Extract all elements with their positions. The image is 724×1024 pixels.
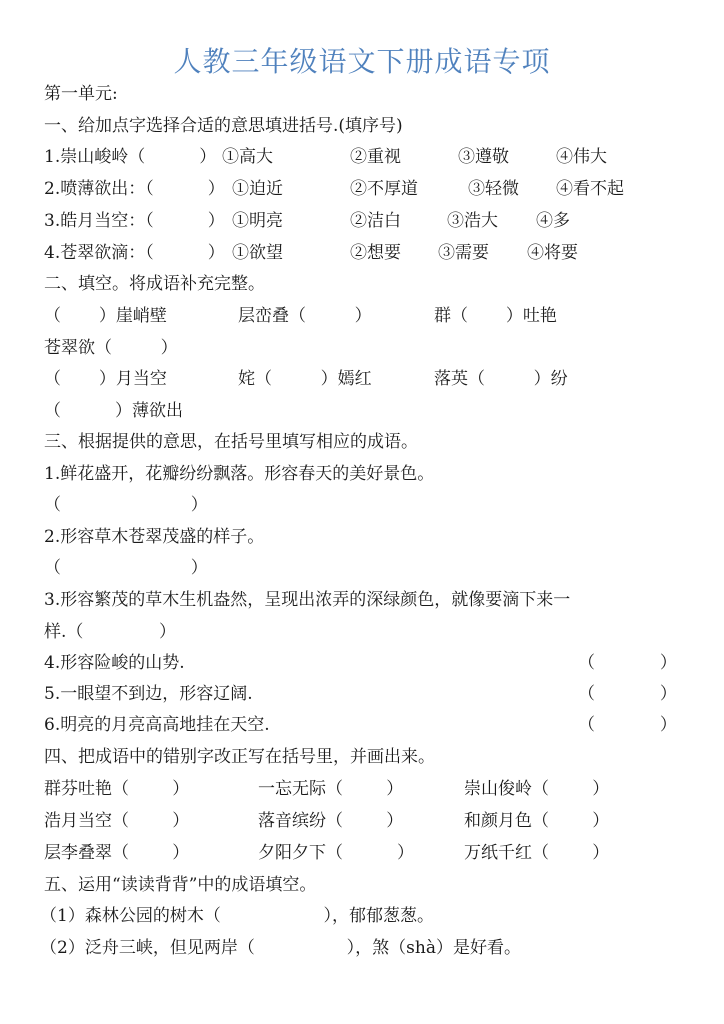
s1-option: ④将要 — [527, 241, 578, 265]
s1-option: ②不厚道 — [350, 177, 418, 201]
s1-option: ①欲望 — [232, 241, 283, 265]
s4-item: 夕阳夕下（ ） — [258, 841, 414, 865]
s1-option: ④多 — [536, 209, 570, 233]
s4-item: 崇山俊岭（ ） — [464, 777, 609, 801]
section3-heading: 三、根据提供的意思，在括号里填写相应的成语。 — [44, 430, 418, 454]
section2-heading: 二、填空。将成语补充完整。 — [44, 272, 265, 296]
s4-item: 一忘无际（ ） — [258, 777, 403, 801]
s1-option: ②重视 — [350, 145, 401, 169]
s1-option: ④伟大 — [556, 145, 607, 169]
s3-question: 6.明亮的月亮高高地挂在天空. — [44, 713, 270, 737]
s1-option: ③需要 — [438, 241, 489, 265]
worksheet-page: 人教三年级语文下册成语专项 第一单元: 一、给加点字选择合适的意思填进括号.(填… — [0, 0, 724, 1024]
s3-answer-blank: （ ） — [44, 556, 208, 580]
s2-blank-item: （ ）薄欲出 — [44, 399, 183, 423]
s3-answer-blank: （ ） — [578, 713, 677, 737]
s2-blank-item: 苍翠欲（ ） — [44, 336, 178, 360]
s1-option: ①迫近 — [232, 177, 283, 201]
s3-answer-blank: （ ） — [578, 682, 677, 706]
s1-item-stem: 2.喷薄欲出：（ ） — [44, 177, 225, 201]
s2-blank-item: 群（ ）吐艳 — [434, 304, 557, 328]
s3-question: 1.鲜花盛开，花瓣纷纷飘落。形容春天的美好景色。 — [44, 462, 434, 486]
s5-item: （2）泛舟三峡，但见两岸（ ），煞（shà）是好看。 — [40, 936, 521, 960]
s1-item-stem: 3.皓月当空：（ ） — [44, 209, 225, 233]
s4-item: 落音缤纷（ ） — [258, 809, 403, 833]
s1-option: ②洁白 — [350, 209, 401, 233]
s3-question: 5.一眼望不到边，形容辽阔. — [44, 682, 253, 706]
s3-question: 2.形容草木苍翠茂盛的样子。 — [44, 525, 264, 549]
s1-option: ①明亮 — [232, 209, 283, 233]
s3-question: 3.形容繁茂的草木生机盎然，呈现出浓弄的深绿颜色，就像要滴下来一 — [44, 588, 570, 612]
page-title: 人教三年级语文下册成语专项 — [0, 42, 724, 82]
unit-label: 第一单元: — [44, 82, 118, 106]
section5-heading: 五、运用“读读背背”中的成语填空。 — [44, 873, 316, 897]
s2-blank-item: 层峦叠（ ） — [238, 304, 372, 328]
s1-option: ③浩大 — [447, 209, 498, 233]
s2-blank-item: 姹（ ）嫣红 — [238, 367, 372, 391]
s1-option: ③轻微 — [468, 177, 519, 201]
s5-item: （1）森林公园的树木（ ），郁郁葱葱。 — [40, 904, 434, 928]
s3-answer-blank: （ ） — [44, 493, 208, 517]
s1-item-stem: 4.苍翠欲滴：（ ） — [44, 241, 225, 265]
s4-item: 万纸千红（ ） — [464, 841, 609, 865]
s4-item: 和颜月色（ ） — [464, 809, 609, 833]
s1-option: ③遵敬 — [458, 145, 509, 169]
s3-question: 4.形容险峻的山势. — [44, 651, 185, 675]
s2-blank-item: 落英（ ）纷 — [434, 367, 568, 391]
s2-blank-item: （ ）月当空 — [44, 367, 167, 391]
s2-blank-item: （ ）崖峭壁 — [44, 304, 167, 328]
s4-item: 群芬吐艳（ ） — [44, 777, 189, 801]
s3-answer-blank: （ ） — [578, 651, 677, 675]
s1-item-stem: 1.崇山峻岭（ ） — [44, 145, 216, 169]
s1-option: ①高大 — [222, 145, 273, 169]
section4-heading: 四、把成语中的错别字改正写在括号里，并画出来。 — [44, 745, 435, 769]
s4-item: 层李叠翠（ ） — [44, 841, 189, 865]
section1-heading: 一、给加点字选择合适的意思填进括号.(填序号) — [44, 114, 403, 138]
s3-question: 样.（ ） — [44, 620, 176, 644]
s1-option: ④看不起 — [556, 177, 624, 201]
s1-option: ②想要 — [350, 241, 401, 265]
s4-item: 浩月当空（ ） — [44, 809, 189, 833]
